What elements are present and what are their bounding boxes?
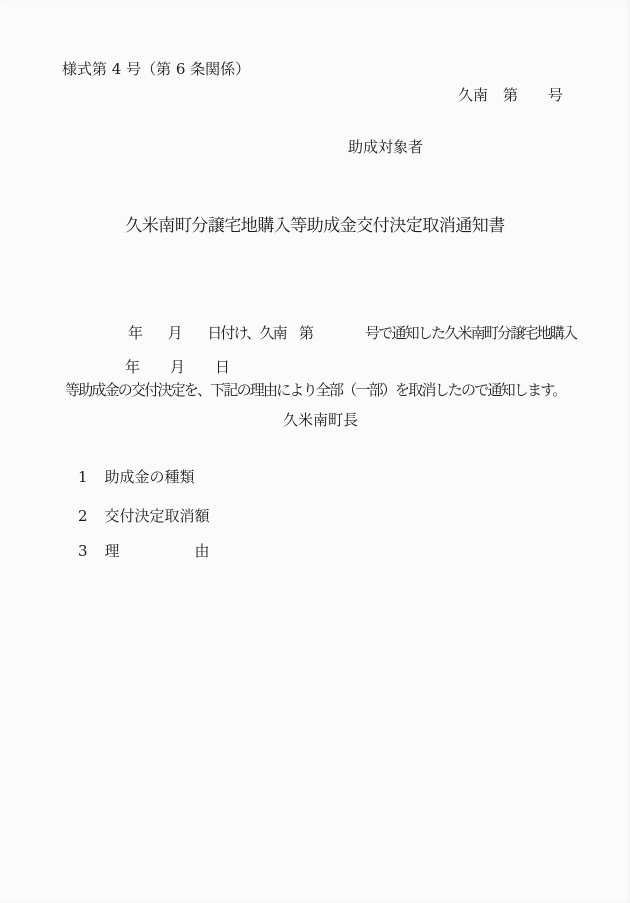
item-label: 助成金の種類 [105,468,195,487]
date-line: 年 月 日 [125,358,230,377]
list-item-grant-type: 1 助成金の種類 [78,468,195,487]
item-number: 3 [78,542,88,561]
issuer-name: 久米南町長 [283,411,358,430]
item-number: 2 [78,507,88,526]
item-label: 交付決定取消額 [105,507,210,526]
form-number: 様式第 4 号（第 6 条関係） [62,60,250,79]
document-title: 久米南町分譲宅地購入等助成金交付決定取消通知書 [0,216,630,237]
list-item-reason: 3 理 由 [78,542,210,561]
document-page: 様式第 4 号（第 6 条関係） 久南 第 号 助成対象者 久米南町分譲宅地購入… [0,0,630,903]
item-label: 理 由 [105,542,210,561]
body-line-1: 年 月 日付け、久南 第 号で通知した久米南町分譲宅地購入 [65,323,570,343]
item-number: 1 [78,468,88,487]
recipient-label: 助成対象者 [348,138,423,157]
list-item-cancelled-amount: 2 交付決定取消額 [78,507,210,526]
body-line-2: 等助成金の交付決定を、下記の理由により全部（一部）を取消したので通知します。 [65,380,570,400]
reference-number: 久南 第 号 [458,86,563,105]
